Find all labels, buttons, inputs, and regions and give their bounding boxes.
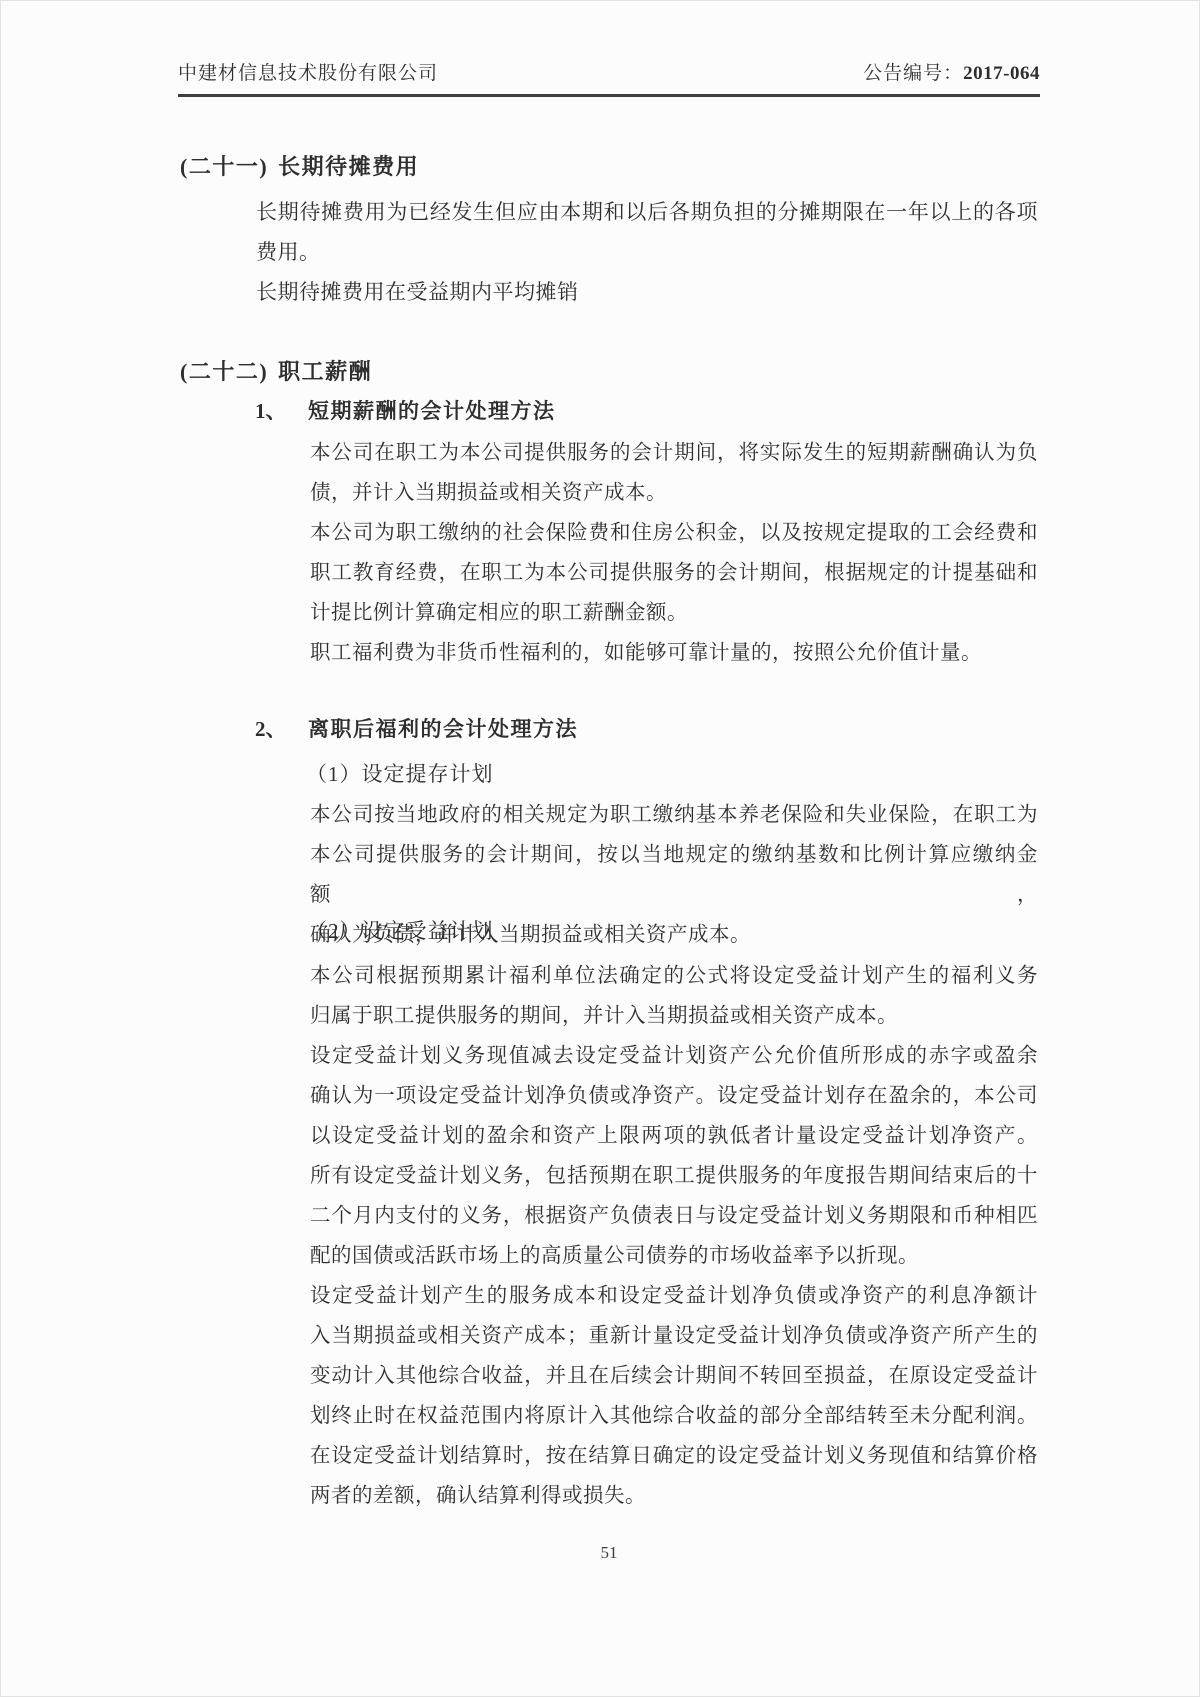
paragraph-line: 入当期损益或相关资产成本；重新计量设定受益计划净负债或净资产所产生的 bbox=[310, 1316, 1038, 1356]
paragraph-line: 费用。 bbox=[256, 232, 1038, 272]
paragraph-line: 在设定受益计划结算时，按在结算日确定的设定受益计划义务现值和结算价格 bbox=[310, 1436, 1038, 1476]
paragraph-line: 设定受益计划产生的服务成本和设定受益计划净负债或净资产的利息净额计 bbox=[310, 1276, 1038, 1316]
paragraph-line: 职工福利费为非货币性福利的，如能够可靠计量的，按照公允价值计量。 bbox=[310, 633, 1038, 673]
announcement-number: 公告编号：2017-064 bbox=[863, 58, 1040, 85]
header-rule bbox=[178, 94, 1040, 97]
paragraph-line: 本公司根据预期累计福利单位法确定的公式将设定受益计划产生的福利义务 bbox=[310, 956, 1038, 996]
company-name: 中建材信息技术股份有限公司 bbox=[178, 58, 438, 85]
section-21-heading: (二十一)长期待摊费用 bbox=[180, 150, 419, 181]
section-22-title: 职工薪酬 bbox=[278, 359, 372, 384]
item-2-sub2-heading: （2）设定受益计划 bbox=[306, 915, 494, 945]
item-2-sub2-paragraphs: 本公司根据预期累计福利单位法确定的公式将设定受益计划产生的福利义务 归属于职工提… bbox=[310, 956, 1038, 1516]
page-number: 51 bbox=[178, 1543, 1040, 1563]
item-1-heading: 1、短期薪酬的会计处理方法 bbox=[255, 395, 556, 425]
announcement-label: 公告编号： bbox=[863, 63, 963, 84]
page-header: 中建材信息技术股份有限公司 公告编号：2017-064 bbox=[178, 58, 1040, 85]
section-21-title: 长期待摊费用 bbox=[278, 154, 419, 179]
announcement-code: 2017-064 bbox=[963, 63, 1040, 84]
paragraph-line: 所有设定受益计划义务，包括预期在职工提供服务的年度报告期间结束后的十 bbox=[310, 1156, 1038, 1196]
item-1-paragraphs: 本公司在职工为本公司提供服务的会计期间，将实际发生的短期薪酬确认为负 债，并计入… bbox=[310, 433, 1038, 673]
section-22-label: (二十二) bbox=[180, 359, 268, 384]
paragraph-line: 本公司在职工为本公司提供服务的会计期间，将实际发生的短期薪酬确认为负 bbox=[310, 433, 1038, 473]
item-1-number: 1、 bbox=[255, 395, 308, 425]
paragraph-line: 计提比例计算确定相应的职工薪酬金额。 bbox=[310, 593, 1038, 633]
item-2-title: 离职后福利的会计处理方法 bbox=[308, 717, 578, 741]
paragraph-line: 本公司按当地政府的相关规定为职工缴纳基本养老保险和失业保险，在职工为 bbox=[310, 795, 1038, 835]
paragraph-line: 变动计入其他综合收益，并且在后续会计期间不转回至损益，在原设定受益计 bbox=[310, 1356, 1038, 1396]
section-22-heading: (二十二)职工薪酬 bbox=[180, 355, 372, 386]
section-21-paragraphs: 长期待摊费用为已经发生但应由本期和以后各期负担的分摊期限在一年以上的各项 费用。… bbox=[256, 192, 1038, 312]
section-21-label: (二十一) bbox=[180, 154, 268, 179]
paragraph-line: 归属于职工提供服务的期间，并计入当期损益或相关资产成本。 bbox=[310, 996, 1038, 1036]
paragraph-line: 设定受益计划义务现值减去设定受益计划资产公允价值所形成的赤字或盈余 bbox=[310, 1036, 1038, 1076]
item-2-number: 2、 bbox=[255, 713, 308, 743]
paragraph-line: 本公司为职工缴纳的社会保险费和住房公积金，以及按规定提取的工会经费和 bbox=[310, 513, 1038, 553]
paragraph-line: 职工教育经费，在职工为本公司提供服务的会计期间，根据规定的计提基础和 bbox=[310, 553, 1038, 593]
document-page: 中建材信息技术股份有限公司 公告编号：2017-064 (二十一)长期待摊费用 … bbox=[0, 0, 1200, 1697]
paragraph-line: 配的国债或活跃市场上的高质量公司债券的市场收益率予以折现。 bbox=[310, 1236, 1038, 1276]
item-2-sub1-heading: （1）设定提存计划 bbox=[306, 758, 494, 788]
paragraph-line: 二个月内支付的义务，根据资产负债表日与设定受益计划义务期限和币种相匹 bbox=[310, 1196, 1038, 1236]
paragraph-line: 长期待摊费用为已经发生但应由本期和以后各期负担的分摊期限在一年以上的各项 bbox=[256, 192, 1038, 232]
paragraph-line: 长期待摊费用在受益期内平均摊销 bbox=[256, 272, 1038, 312]
paragraph-line: 确认为一项设定受益计划净负债或净资产。设定受益计划存在盈余的，本公司 bbox=[310, 1076, 1038, 1116]
paragraph-line: 债，并计入当期损益或相关资产成本。 bbox=[310, 473, 1038, 513]
item-2-heading: 2、离职后福利的会计处理方法 bbox=[255, 713, 578, 743]
paragraph-line: 划终止时在权益范围内将原计入其他综合收益的部分全部结转至未分配利润。 bbox=[310, 1396, 1038, 1436]
paragraph-line: 本公司提供服务的会计期间，按以当地规定的缴纳基数和比例计算应缴纳金额， bbox=[310, 835, 1038, 915]
paragraph-line: 两者的差额，确认结算利得或损失。 bbox=[310, 1476, 1038, 1516]
paragraph-line: 以设定受益计划的盈余和资产上限两项的孰低者计量设定受益计划净资产。 bbox=[310, 1116, 1038, 1156]
item-1-title: 短期薪酬的会计处理方法 bbox=[308, 399, 556, 423]
